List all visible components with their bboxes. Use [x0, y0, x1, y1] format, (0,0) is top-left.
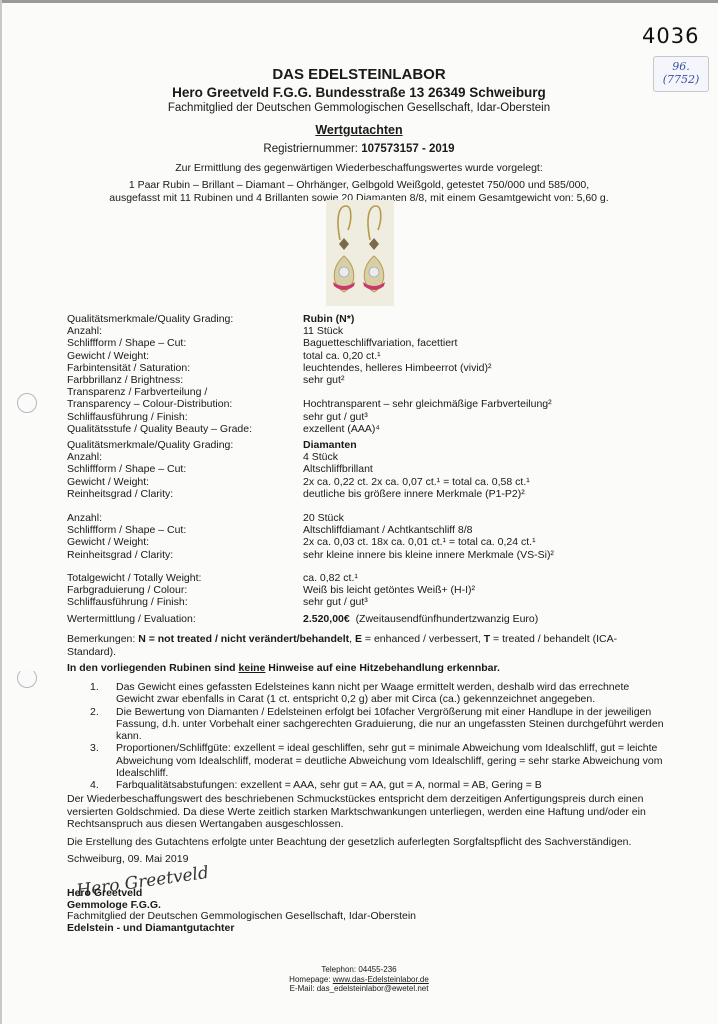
grading-value [303, 386, 683, 398]
grading-row: Qualitätsmerkmale/Quality Grading:Diaman… [67, 439, 683, 451]
grading-value: leuchtendes, helleres Himbeerrot (vivid)… [303, 362, 683, 374]
footnote-text: Farbqualitätsabstufungen: exzellent = AA… [116, 779, 542, 791]
grading-label: Farbgraduierung / Colour: [67, 584, 303, 596]
grading-row: Qualitätsstufe / Quality Beauty – Grade:… [67, 423, 683, 435]
diamond-8-8-grading-table: Anzahl:20 StückSchliffform / Shape – Cut… [67, 512, 683, 561]
grading-row: Schliffausführung / Finish:sehr gut / gu… [67, 411, 683, 423]
treatment-codes: Bemerkungen: N = not treated / nicht ver… [67, 633, 647, 658]
grading-label: Gewicht / Weight: [67, 350, 303, 362]
diamond-grading-table: Qualitätsmerkmale/Quality Grading:Diaman… [67, 439, 683, 500]
grading-label: Schliffform / Shape – Cut: [67, 463, 303, 475]
grading-label: Transparency – Colour-Distribution: [67, 398, 303, 410]
earrings-image-icon [326, 200, 394, 306]
evaluation-amount: 2.520,00€ [303, 613, 350, 625]
grading-value: total ca. 0,20 ct.¹ [303, 350, 683, 362]
ruby-grading-table: Qualitätsmerkmale/Quality Grading:Rubin … [67, 313, 683, 435]
footnote-number: 3. [90, 742, 116, 779]
footnote-number: 4. [90, 779, 116, 791]
grading-label: Totalgewicht / Totally Weight: [67, 572, 303, 584]
grading-label: Qualitätsstufe / Quality Beauty – Grade: [67, 423, 303, 435]
footnote-item: 3.Proportionen/Schliffgüte: exzellent = … [90, 742, 670, 779]
heat-treatment-statement: In den vorliegenden Rubinen sind keine H… [67, 662, 647, 675]
grading-row: Anzahl:11 Stück [67, 325, 683, 337]
grading-value: Hochtransparent – sehr gleichmäßige Farb… [303, 398, 683, 410]
grading-row: Totalgewicht / Totally Weight:ca. 0,82 c… [67, 572, 683, 584]
grading-row: Schliffausführung / Finish:sehr gut / gu… [67, 596, 683, 608]
grading-label: Farbintensität / Saturation: [67, 362, 303, 374]
grading-label: Gewicht / Weight: [67, 476, 303, 488]
earrings-photo [326, 200, 394, 306]
grading-label: Gewicht / Weight: [67, 536, 303, 548]
grading-row: Farbintensität / Saturation:leuchtendes,… [67, 362, 683, 374]
grading-value: exzellent (AAA)⁴ [303, 423, 683, 435]
lab-name: DAS EDELSTEINLABOR [0, 66, 718, 84]
grading-label: Anzahl: [67, 451, 303, 463]
phone-number: 04455-236 [358, 965, 396, 974]
phone-line: Telephon: 04455-236 [0, 965, 718, 975]
grading-label: Schliffausführung / Finish: [67, 596, 303, 608]
grading-label: Schliffform / Shape – Cut: [67, 524, 303, 536]
footnote-text: Proportionen/Schliffgüte: exzellent = id… [116, 742, 670, 779]
grading-row: Gewicht / Weight:2x ca. 0,22 ct. 2x ca. … [67, 476, 683, 488]
email-address: das_edelsteinlabor@ewetel.net [317, 984, 429, 993]
footnote-text: Das Gewicht eines gefassten Edelsteines … [116, 681, 670, 706]
grading-row: Schliffform / Shape – Cut:Altschliffbril… [67, 463, 683, 475]
footnote-number: 2. [90, 706, 116, 743]
grading-label: Anzahl: [67, 512, 303, 524]
grading-label: Qualitätsmerkmale/Quality Grading: [67, 313, 303, 325]
intro-text: Zur Ermittlung des gegenwärtigen Wiederb… [0, 161, 718, 175]
grading-label: Schliffform / Shape – Cut: [67, 337, 303, 349]
grading-value: 11 Stück [303, 325, 683, 337]
grading-row: Farbgraduierung / Colour:Weiß bis leicht… [67, 584, 683, 596]
grading-value: ca. 0,82 ct.¹ [303, 572, 683, 584]
registration-number: 107573157 - 2019 [361, 143, 454, 155]
grading-row: Anzahl:4 Stück [67, 451, 683, 463]
grading-row: Reinheitsgrad / Clarity:deutliche bis gr… [67, 488, 683, 500]
grading-label: Reinheitsgrad / Clarity: [67, 488, 303, 500]
grading-row: Transparenz / Farbverteilung / [67, 386, 683, 398]
grading-value: Weiß bis leicht getöntes Weiß+ (H-I)² [303, 584, 683, 596]
liability-disclaimer: Der Wiederbeschaffungswert des beschrieb… [67, 793, 657, 831]
grading-value: Altschliffdiamant / Achtkantschliff 8/8 [303, 524, 683, 536]
grading-row: Transparency – Colour-Distribution:Hocht… [67, 398, 683, 410]
punch-hole-icon [17, 393, 37, 413]
handwritten-file-number: 4036 [642, 24, 699, 48]
grading-row: Reinheitsgrad / Clarity:sehr kleine inne… [67, 549, 683, 561]
grading-value: Baguetteschliffvariation, facettiert [303, 337, 683, 349]
footnote-text: Die Bewertung von Diamanten / Edelsteine… [116, 706, 670, 743]
grading-label: Anzahl: [67, 325, 303, 337]
footnotes-list: 1.Das Gewicht eines gefassten Edelsteine… [90, 681, 670, 792]
grading-value: 2x ca. 0,22 ct. 2x ca. 0,07 ct.¹ = total… [303, 476, 683, 488]
grading-row: Qualitätsmerkmale/Quality Grading:Rubin … [67, 313, 683, 325]
grading-row: Gewicht / Weight:2x ca. 0,03 ct. 18x ca.… [67, 536, 683, 548]
grading-label: Schliffausführung / Finish: [67, 411, 303, 423]
grading-row: Anzahl:20 Stück [67, 512, 683, 524]
grading-label: Transparenz / Farbverteilung / [67, 386, 303, 398]
grading-value: sehr kleine innere bis kleine innere Mer… [303, 549, 683, 561]
grading-value: sehr gut / gut³ [303, 411, 683, 423]
homepage-line: Homepage: www.das-Edelsteinlabor.de [0, 975, 718, 985]
letterhead: DAS EDELSTEINLABOR Hero Greetveld F.G.G.… [0, 66, 718, 205]
grading-value: 4 Stück [303, 451, 683, 463]
footer-contact: Telephon: 04455-236 Homepage: www.das-Ed… [0, 965, 718, 994]
grading-value: 2x ca. 0,03 ct. 18x ca. 0,01 ct.¹ = tota… [303, 536, 683, 548]
grading-row: Gewicht / Weight:total ca. 0,20 ct.¹ [67, 350, 683, 362]
homepage-link[interactable]: www.das-Edelsteinlabor.de [333, 975, 429, 984]
grading-label: Farbbrillanz / Brightness: [67, 374, 303, 386]
signer-name: Hero Greetveld [67, 888, 416, 900]
grading-row: Schliffform / Shape – Cut:Baguetteschlif… [67, 337, 683, 349]
signer-block: Hero Greetveld Gemmologe F.G.G. Fachmitg… [67, 888, 416, 934]
grading-value: sehr gut² [303, 374, 683, 386]
evaluation-label: Wertermittlung / Evaluation: [67, 613, 303, 625]
registration-label: Registriernummer: [263, 143, 358, 155]
grading-value: Rubin (N*) [303, 313, 683, 325]
lab-address: Hero Greetveld F.G.G. Bundesstraße 13 26… [0, 84, 718, 101]
grading-value: deutliche bis größere innere Merkmale (P… [303, 488, 683, 500]
grading-value: 20 Stück [303, 512, 683, 524]
remarks: Bemerkungen: N = not treated / nicht ver… [67, 633, 647, 675]
totals-table: Totalgewicht / Totally Weight:ca. 0,82 c… [67, 572, 683, 609]
footnote-number: 1. [90, 681, 116, 706]
registration-line: Registriernummer: 107573157 - 2019 [0, 142, 718, 157]
footnote-item: 1.Das Gewicht eines gefassten Edelsteine… [90, 681, 670, 706]
grading-value: Diamanten [303, 439, 683, 451]
signer-role: Edelstein - und Diamantgutachter [67, 923, 416, 935]
punch-hole-icon [17, 668, 37, 688]
scan-edge-top [0, 0, 718, 3]
place-date: Schweiburg, 09. Mai 2019 [67, 853, 657, 866]
evaluation-row: Wertermittlung / Evaluation: 2.520,00€ (… [67, 613, 683, 625]
grading-row: Farbbrillanz / Brightness:sehr gut² [67, 374, 683, 386]
evaluation-amount-words: (Zweitausendfünfhundertzwanzig Euro) [356, 613, 539, 625]
document-title: Wertgutachten [0, 122, 718, 138]
footnote-item: 2.Die Bewertung von Diamanten / Edelstei… [90, 706, 670, 743]
grading-value: sehr gut / gut³ [303, 596, 683, 608]
grading-label: Reinheitsgrad / Clarity: [67, 549, 303, 561]
grading-row: Schliffform / Shape – Cut:Altschliffdiam… [67, 524, 683, 536]
grading-label: Qualitätsmerkmale/Quality Grading: [67, 439, 303, 451]
lab-membership: Fachmitglied der Deutschen Gemmologische… [0, 101, 718, 116]
email-line: E-Mail: das_edelsteinlabor@ewetel.net [0, 984, 718, 994]
signer-membership: Fachmitglied der Deutschen Gemmologische… [67, 911, 416, 923]
closing-statements: Der Wiederbeschaffungswert des beschrieb… [67, 793, 657, 871]
grading-value: Altschliffbrillant [303, 463, 683, 475]
diligence-statement: Die Erstellung des Gutachtens erfolgte u… [67, 836, 657, 849]
footnote-item: 4.Farbqualitätsabstufungen: exzellent = … [90, 779, 670, 791]
